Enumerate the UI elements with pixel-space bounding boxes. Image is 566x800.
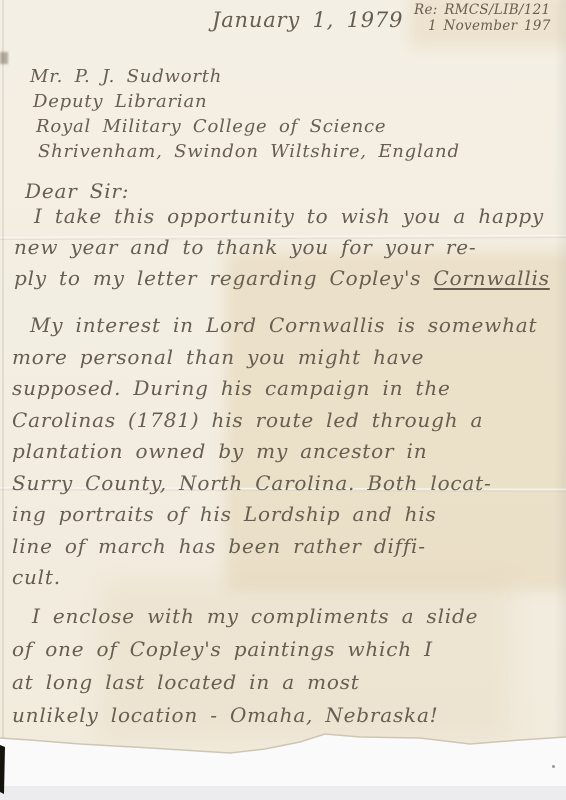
letter-date: January 1, 1979 bbox=[212, 8, 403, 32]
handwritten-line: supposed. During his campaign in the bbox=[12, 376, 537, 408]
handwritten-line: more personal than you might have bbox=[12, 345, 537, 377]
body-paragraph-2: My interest in Lord Cornwallis is somewh… bbox=[12, 313, 537, 597]
underlined-word: Cornwallis bbox=[434, 266, 550, 290]
torn-bottom-edge bbox=[0, 732, 566, 800]
body-paragraph-1: I take this opportunity to wish you a ha… bbox=[14, 204, 550, 297]
recipient-address: Mr. P. J. Sudworth Deputy Librarian Roya… bbox=[30, 64, 460, 164]
handwritten-line: I enclose with my compliments a slide bbox=[12, 604, 478, 637]
salutation: Dear Sir: bbox=[25, 179, 129, 203]
handwritten-line: cult. bbox=[12, 565, 537, 597]
reference-number: Re: RMCS/LIB/121 bbox=[414, 2, 551, 18]
body-paragraph-3: I enclose with my compliments a slide of… bbox=[12, 604, 478, 736]
recipient-title: Deputy Librarian bbox=[30, 89, 460, 114]
handwritten-line: of one of Copley's paintings which I bbox=[12, 637, 478, 670]
recipient-institution: Royal Military College of Science bbox=[30, 114, 460, 139]
scanner-background-strip bbox=[0, 786, 566, 800]
handwritten-line: Carolinas (1781) his route led through a bbox=[12, 408, 537, 440]
scanned-letter: January 1, 1979 Re: RMCS/LIB/121 1 Novem… bbox=[0, 0, 566, 800]
recipient-location: Shrivenham, Swindon Wiltshire, England bbox=[30, 139, 460, 164]
ink-smudge bbox=[0, 52, 8, 64]
handwritten-line: plantation owned by my ancestor in bbox=[12, 439, 537, 471]
handwritten-line: at long last located in a most bbox=[12, 670, 478, 703]
recipient-name: Mr. P. J. Sudworth bbox=[30, 64, 460, 89]
scan-edge-shadow bbox=[554, 0, 566, 740]
handwritten-line: Surry County, North Carolina. Both locat… bbox=[12, 471, 537, 503]
handwritten-line: I take this opportunity to wish you a ha… bbox=[14, 204, 550, 235]
handwritten-line: ply to my letter regarding Copley's Corn… bbox=[14, 266, 550, 297]
line-text: ply to my letter regarding Copley's bbox=[14, 266, 434, 290]
dust-speck bbox=[552, 765, 555, 768]
handwritten-line: line of march has been rather diffi- bbox=[12, 534, 537, 566]
handwritten-line: My interest in Lord Cornwallis is somewh… bbox=[12, 313, 537, 345]
handwritten-line: new year and to thank you for your re- bbox=[14, 235, 550, 266]
handwritten-line: ing portraits of his Lordship and his bbox=[12, 502, 537, 534]
reference-date: 1 November 197 bbox=[414, 18, 551, 34]
paper-edge-line bbox=[2, 0, 4, 742]
reference-block: Re: RMCS/LIB/121 1 November 197 bbox=[414, 2, 551, 34]
